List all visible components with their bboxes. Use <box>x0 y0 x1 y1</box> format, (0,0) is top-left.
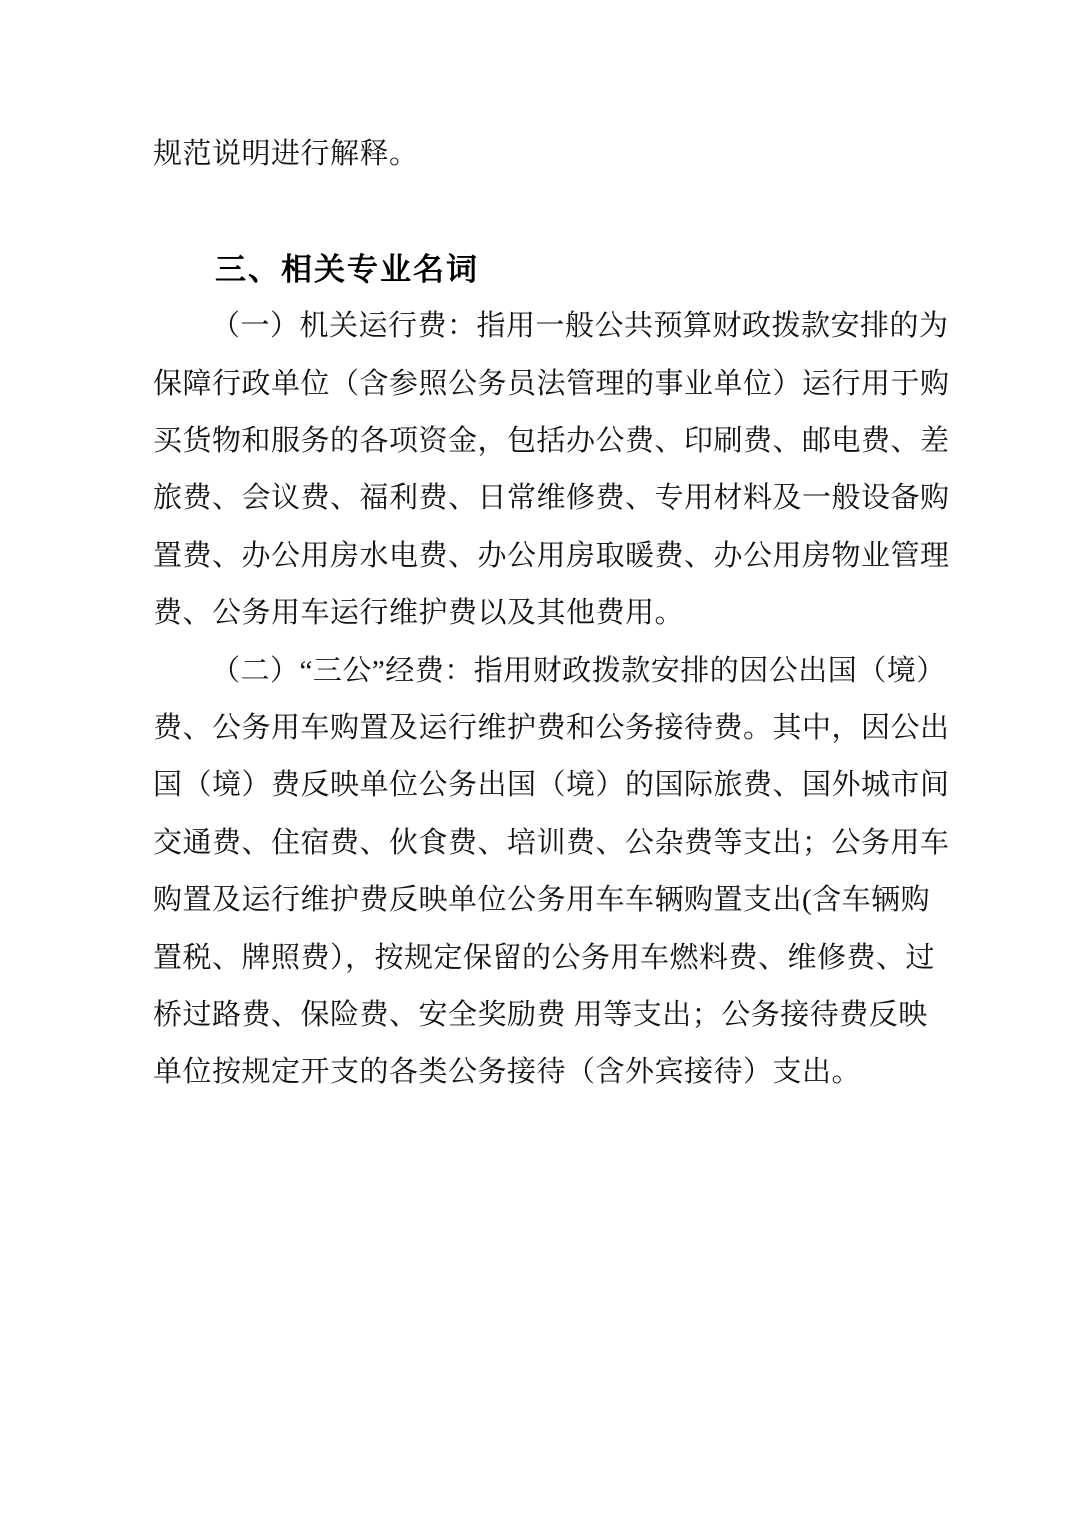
paragraph-line: 单位按规定开支的各类公务接待（含外宾接待）支出。 <box>153 1044 925 1101</box>
paragraph-line: 桥过路费、保险费、安全奖励费 用等支出；公务接待费反映 <box>153 987 925 1044</box>
paragraph-line: 费、公务用车运行维护费以及其他费用。 <box>153 585 925 642</box>
document-content: 规范说明进行解释。 三、相关专业名词 （一）机关运行费：指用一般公共预算财政拨款… <box>153 126 925 1102</box>
paragraph-line: 买货物和服务的各项资金，包括办公费、印刷费、邮电费、差 <box>153 413 925 470</box>
paragraph-line: 旅费、会议费、福利费、日常维修费、专用材料及一般设备购 <box>153 470 925 527</box>
paragraph-line: 置费、办公用房水电费、办公用房取暖费、办公用房物业管理 <box>153 528 925 585</box>
paragraph-line: （二）“三公”经费：指用财政拨款安排的因公出国（境） <box>153 643 925 700</box>
blank-line <box>153 183 925 240</box>
paragraph-line: 费、公务用车购置及运行维护费和公务接待费。其中，因公出 <box>153 700 925 757</box>
paragraph-line: 国（境）费反映单位公务出国（境）的国际旅费、国外城市间 <box>153 757 925 814</box>
document-page: 规范说明进行解释。 三、相关专业名词 （一）机关运行费：指用一般公共预算财政拨款… <box>0 0 1074 1520</box>
paragraph-line: 保障行政单位（含参照公务员法管理的事业单位）运行用于购 <box>153 356 925 413</box>
paragraph-line: 购置及运行维护费反映单位公务用车车辆购置支出(含车辆购 <box>153 872 925 929</box>
paragraph-line: 置税、牌照费），按规定保留的公务用车燃料费、维修费、过 <box>153 930 925 987</box>
paragraph-line: （一）机关运行费：指用一般公共预算财政拨款安排的为 <box>153 298 925 355</box>
paragraph-definition-jiguan-yunxingfei: （一）机关运行费：指用一般公共预算财政拨款安排的为 保障行政单位（含参照公务员法… <box>153 298 925 642</box>
paragraph-line: 交通费、住宿费、伙食费、培训费、公杂费等支出；公务用车 <box>153 815 925 872</box>
intro-continuation-line: 规范说明进行解释。 <box>153 126 925 183</box>
section-heading: 三、相关专业名词 <box>153 241 925 298</box>
paragraph-definition-sangong-jingfei: （二）“三公”经费：指用财政拨款安排的因公出国（境） 费、公务用车购置及运行维护… <box>153 643 925 1102</box>
